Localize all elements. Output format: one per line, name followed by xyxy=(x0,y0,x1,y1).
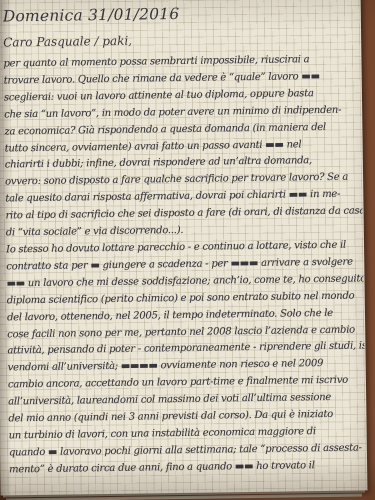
letter-page: Domenica 31/01/2016 Caro Pasquale / paki… xyxy=(0,0,367,496)
letter-body: per quanto al momento possa sembrarti im… xyxy=(3,51,366,479)
letter-content: Domenica 31/01/2016 Caro Pasquale / paki… xyxy=(3,2,367,495)
date-heading: Domenica 31/01/2016 xyxy=(3,2,360,25)
photo-background: Domenica 31/01/2016 Caro Pasquale / paki… xyxy=(0,0,375,500)
salutation: Caro Pasquale / paki, xyxy=(3,30,360,49)
